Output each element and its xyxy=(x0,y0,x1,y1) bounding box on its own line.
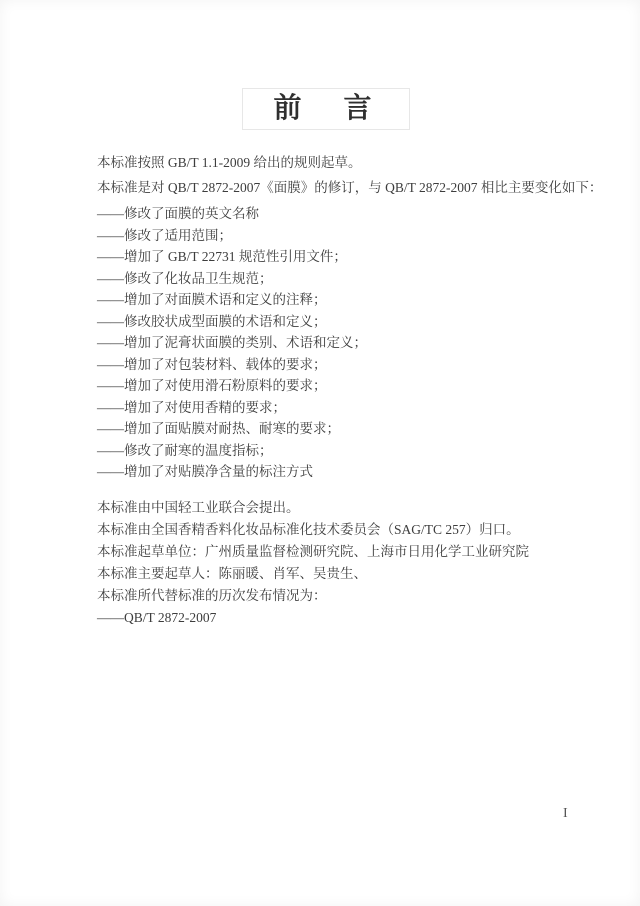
attribution-line: ——QB/T 2872-2007 xyxy=(97,607,555,629)
page-content: 前 言 本标准按照 GB/T 1.1-2009 给出的规则起草。本标准是对 QB… xyxy=(97,0,555,629)
change-item: ——增加了对包装材料、载体的要求； xyxy=(97,354,555,376)
change-item: ——增加了对使用滑石粉原料的要求； xyxy=(97,375,555,397)
foreword-title-box: 前 言 xyxy=(242,88,410,130)
change-item: ——修改胶状成型面膜的术语和定义； xyxy=(97,311,555,333)
change-item: ——增加了对面膜术语和定义的注释； xyxy=(97,289,555,311)
intro-line: 本标准按照 GB/T 1.1-2009 给出的规则起草。 xyxy=(97,150,555,175)
page-number: I xyxy=(563,806,568,822)
change-item: ——修改了耐寒的温度指标； xyxy=(97,440,555,462)
intro-paragraphs: 本标准按照 GB/T 1.1-2009 给出的规则起草。本标准是对 QB/T 2… xyxy=(97,150,555,200)
attribution-line: 本标准由全国香精香料化妆品标准化技术委员会（SAG/TC 257）归口。 xyxy=(97,519,555,541)
attribution-line: 本标准起草单位：广州质量监督检测研究院、上海市日用化学工业研究院 xyxy=(97,541,555,563)
change-item: ——增加了对使用香精的要求； xyxy=(97,397,555,419)
change-item: ——修改了适用范围； xyxy=(97,225,555,247)
change-item: ——修改了化妆品卫生规范； xyxy=(97,268,555,290)
change-item: ——修改了面膜的英文名称 xyxy=(97,203,555,225)
change-list: ——修改了面膜的英文名称——修改了适用范围；——增加了 GB/T 22731 规… xyxy=(97,203,555,483)
attribution-line: 本标准所代替标准的历次发布情况为： xyxy=(97,585,555,607)
page-title: 前 言 xyxy=(273,95,378,123)
intro-line: 本标准是对 QB/T 2872-2007《面膜》的修订，与 QB/T 2872-… xyxy=(97,175,555,200)
change-item: ——增加了对贴膜净含量的标注方式 xyxy=(97,461,555,483)
document-page: 前 言 本标准按照 GB/T 1.1-2009 给出的规则起草。本标准是对 QB… xyxy=(0,0,640,906)
attribution-paragraphs: 本标准由中国轻工业联合会提出。本标准由全国香精香料化妆品标准化技术委员会（SAG… xyxy=(97,497,555,629)
attribution-line: 本标准主要起草人：陈丽暖、肖军、吴贵生、 xyxy=(97,563,555,585)
change-item: ——增加了泥膏状面膜的类别、术语和定义； xyxy=(97,332,555,354)
change-item: ——增加了面贴膜对耐热、耐寒的要求； xyxy=(97,418,555,440)
change-item: ——增加了 GB/T 22731 规范性引用文件； xyxy=(97,246,555,268)
attribution-line: 本标准由中国轻工业联合会提出。 xyxy=(97,497,555,519)
